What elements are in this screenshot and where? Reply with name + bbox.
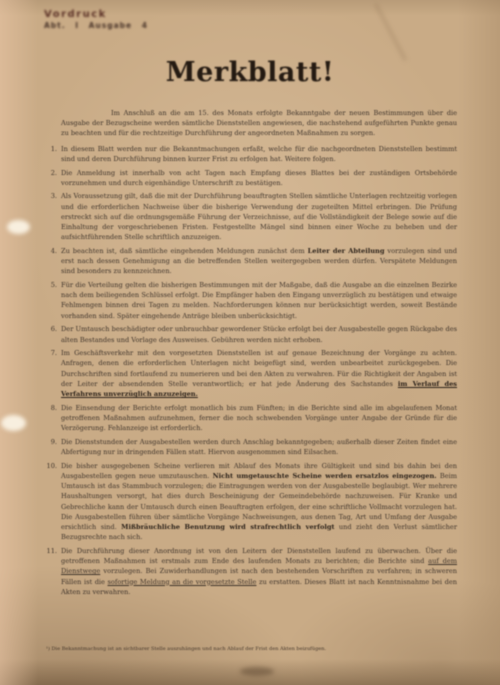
item-text: Die Dienststunden der Ausgabestellen wer… <box>61 437 457 457</box>
document-body: Im Anschluß an die am 15. des Monats erf… <box>44 108 457 600</box>
item-text: Für die Verteilung gelten die bisherigen… <box>61 280 457 321</box>
list-item: 9.Die Dienststunden der Ausgabestellen w… <box>44 437 457 457</box>
item-number: 2. <box>44 168 57 188</box>
list-item: 7.Im Geschäftsverkehr mit den vorgesetzt… <box>44 348 457 399</box>
list-item: 11.Die Durchführung dieser Anordnung ist… <box>44 546 457 597</box>
list-item: 6.Der Umtausch beschädigter oder unbrauc… <box>44 324 457 344</box>
item-number: 11. <box>44 546 57 597</box>
item-text: Als Voraussetzung gilt, daß die mit der … <box>61 191 457 242</box>
item-text: Die bisher ausgegebenen Scheine verliere… <box>61 461 457 543</box>
header-stamp: Vordruck Abt. I Ausgabe 4 <box>44 9 148 30</box>
text-segment: Die Einsendung der Berichte erfolgt mona… <box>61 404 457 432</box>
intro-paragraph: Im Anschluß an die am 15. des Monats erf… <box>61 108 457 139</box>
item-text: Die Einsendung der Berichte erfolgt mona… <box>61 403 457 434</box>
footnote: ¹) Die Bekanntmachung ist an sichtbarer … <box>46 646 361 652</box>
item-text: Der Umtausch beschädigter oder unbrauchb… <box>61 324 457 344</box>
item-text: Die Durchführung dieser Anordnung ist vo… <box>61 546 457 597</box>
corner-crease <box>374 3 407 61</box>
list-item: 5.Für die Verteilung gelten die bisherig… <box>44 280 457 321</box>
item-number: 4. <box>44 246 57 277</box>
text-segment: Für die Verteilung gelten die bisherigen… <box>61 281 457 320</box>
item-number: 9. <box>44 437 57 457</box>
list-item: 3.Als Voraussetzung gilt, daß die mit de… <box>44 191 457 242</box>
text-segment: In diesem Blatt werden nur die Bekanntma… <box>61 145 457 163</box>
list-item: 8.Die Einsendung der Berichte erfolgt mo… <box>44 403 457 434</box>
list-item: 4.Zu beachten ist, daß sämtliche eingehe… <box>44 246 457 277</box>
text-segment: Nicht umgetauschte Scheine werden ersatz… <box>213 472 437 480</box>
page-number-smudge <box>240 667 274 676</box>
item-number: 1. <box>44 144 57 164</box>
item-number: 5. <box>44 280 57 321</box>
list-item: 1.In diesem Blatt werden nur die Bekannt… <box>44 144 457 164</box>
item-number: 6. <box>44 324 57 344</box>
stamp-line-2: Abt. I Ausgabe 4 <box>44 21 148 30</box>
document-scan: Vordruck Abt. I Ausgabe 4 Merkblatt! Im … <box>0 0 500 685</box>
text-segment: sofortige Meldung an die vorgesetzte Ste… <box>108 578 257 586</box>
stamp-line-1: Vordruck <box>44 9 148 20</box>
punch-hole-top <box>7 220 30 234</box>
text-segment: Zu beachten ist, daß sämtliche eingehend… <box>61 247 308 255</box>
text-segment: Als Voraussetzung gilt, daß die mit der … <box>61 192 457 241</box>
list-item: 10.Die bisher ausgegebenen Scheine verli… <box>44 461 457 543</box>
punch-hole-bottom <box>1 415 26 431</box>
text-segment: Leiter der Abteilung <box>308 247 385 255</box>
text-segment: Die Anmeldung ist innerhalb von acht Tag… <box>61 169 457 187</box>
text-segment: Die Dienststunden der Ausgabestellen wer… <box>61 438 457 456</box>
item-text: In diesem Blatt werden nur die Bekanntma… <box>61 144 457 164</box>
item-number: 8. <box>44 403 57 434</box>
document-title: Merkblatt! <box>0 57 500 88</box>
item-number: 10. <box>44 461 57 543</box>
item-number: 7. <box>44 348 57 399</box>
text-segment: Im Anschluß an die am 15. des Monats erf… <box>61 109 457 137</box>
list-item: 2.Die Anmeldung ist innerhalb von acht T… <box>44 168 457 188</box>
item-text: Die Anmeldung ist innerhalb von acht Tag… <box>61 168 457 188</box>
text-segment: Die Durchführung dieser Anordnung ist vo… <box>61 547 457 565</box>
text-segment: Mißbräuchliche Benutzung wird strafrecht… <box>121 523 334 531</box>
numbered-list: 1.In diesem Blatt werden nur die Bekannt… <box>44 144 457 597</box>
item-number: 3. <box>44 191 57 242</box>
item-text: Zu beachten ist, daß sämtliche eingehend… <box>61 246 457 277</box>
text-segment: Der Umtausch beschädigter oder unbrauchb… <box>61 325 457 343</box>
item-text: Im Geschäftsverkehr mit den vorgesetzten… <box>61 348 457 399</box>
